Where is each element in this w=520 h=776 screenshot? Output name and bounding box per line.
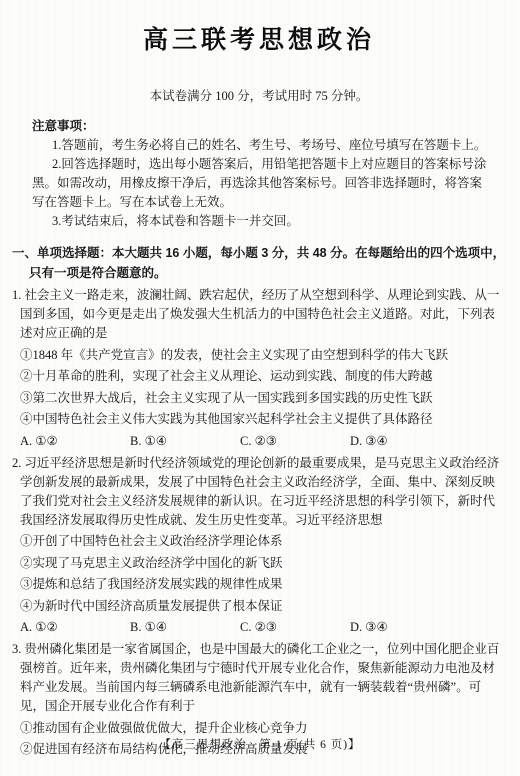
section-heading-single-choice: 一、单项选择题：本大题共 16 小题，每小题 3 分，共 48 分。在每题给出的… (12, 244, 506, 283)
question-2-statement-4: ④为新时代中国经济高质量发展提供了根本保证 (20, 597, 506, 616)
question-3-stem-text: 贵州磷化集团是一家省属国企，也是中国最大的磷化工企业之一，位列中国化肥企业百强榜… (20, 642, 499, 713)
page-title: 高三联考思想政治 (12, 25, 506, 55)
question-1-number: 1. (12, 288, 21, 302)
question-1: 1.社会主义一路走来，波澜壮阔、跌宕起伏，经历了从空想到科学、从理论到实践、从一… (12, 286, 506, 451)
question-2-choices: A. ①② B. ①④ C. ②③ D. ③④ (20, 618, 506, 637)
question-2-statement-2: ②实现了马克思主义政治经济学中国化的新飞跃 (20, 554, 506, 573)
question-2-number: 2. (12, 456, 21, 470)
question-1-stem-text: 社会主义一路走来，波澜壮阔、跌宕起伏，经历了从空想到科学、从理论到实践、从一国到… (20, 288, 499, 340)
question-3-number: 3. (12, 642, 21, 656)
notice-item-2: 2.回答选择题时，选出每小题答案后，用铅笔把答题卡上对应题目的答案标号涂黑。如需… (32, 155, 494, 212)
notice-item-1: 1.答题前，考生务必将自己的姓名、考生号、考场号、座位号填写在答题卡上。 (32, 136, 494, 155)
question-1-choice-b: B. ①④ (130, 432, 240, 451)
question-3-stem: 3.贵州磷化集团是一家省属国企，也是中国最大的磷化工企业之一，位列中国化肥企业百… (20, 640, 506, 716)
notice-heading: 注意事项： (32, 117, 494, 136)
question-1-choice-d: D. ③④ (350, 432, 388, 451)
question-1-statement-4: ④中国特色社会主义伟大实践为其他国家兴起科学社会主义提供了具体路径 (20, 410, 506, 429)
question-1-choice-a: A. ①② (20, 432, 130, 451)
notice-section: 注意事项： 1.答题前，考生务必将自己的姓名、考生号、考场号、座位号填写在答题卡… (32, 117, 494, 231)
question-1-statement-1: ①1848 年《共产党宣言》的发表，使社会主义实现了由空想到科学的伟大飞跃 (20, 346, 506, 365)
notice-item-3: 3.考试结束后，将本试卷和答题卡一并交回。 (32, 212, 494, 231)
question-2-stem-text: 习近平经济思想是新时代经济领域党的理论创新的最重要成果，是马克思主义政治经济学创… (20, 456, 499, 527)
question-1-stem: 1.社会主义一路走来，波澜壮阔、跌宕起伏，经历了从空想到科学、从理论到实践、从一… (20, 286, 506, 343)
question-2-choice-b: B. ①④ (130, 618, 240, 637)
page-footer: 【高三思想政治 第 1 页(共 6 页)】 (0, 736, 520, 755)
question-2-choice-c: C. ②③ (240, 618, 350, 637)
question-1-choice-c: C. ②③ (240, 432, 350, 451)
question-1-statement-2: ②十月革命的胜利，实现了社会主义从理论、运动到实践、制度的伟大跨越 (20, 367, 506, 386)
exam-paper-page: 高三联考思想政治 本试卷满分 100 分，考试用时 75 分钟。 注意事项： 1… (0, 0, 520, 776)
question-2-choice-a: A. ①② (20, 618, 130, 637)
question-2: 2.习近平经济思想是新时代经济领域党的理论创新的最重要成果，是马克思主义政治经济… (12, 454, 506, 638)
question-2-choice-d: D. ③④ (350, 618, 388, 637)
question-2-stem: 2.习近平经济思想是新时代经济领域党的理论创新的最重要成果，是马克思主义政治经济… (20, 454, 506, 530)
question-2-statement-3: ③提炼和总结了我国经济发展实践的规律性成果 (20, 575, 506, 594)
exam-meta-line: 本试卷满分 100 分，考试用时 75 分钟。 (12, 87, 506, 106)
question-2-statement-1: ①开创了中国特色社会主义政治经济学理论体系 (20, 532, 506, 551)
question-1-statement-3: ③第二次世界大战后，社会主义实现了从一国实践到多国实践的历史性飞跃 (20, 389, 506, 408)
question-1-choices: A. ①② B. ①④ C. ②③ D. ③④ (20, 432, 506, 451)
